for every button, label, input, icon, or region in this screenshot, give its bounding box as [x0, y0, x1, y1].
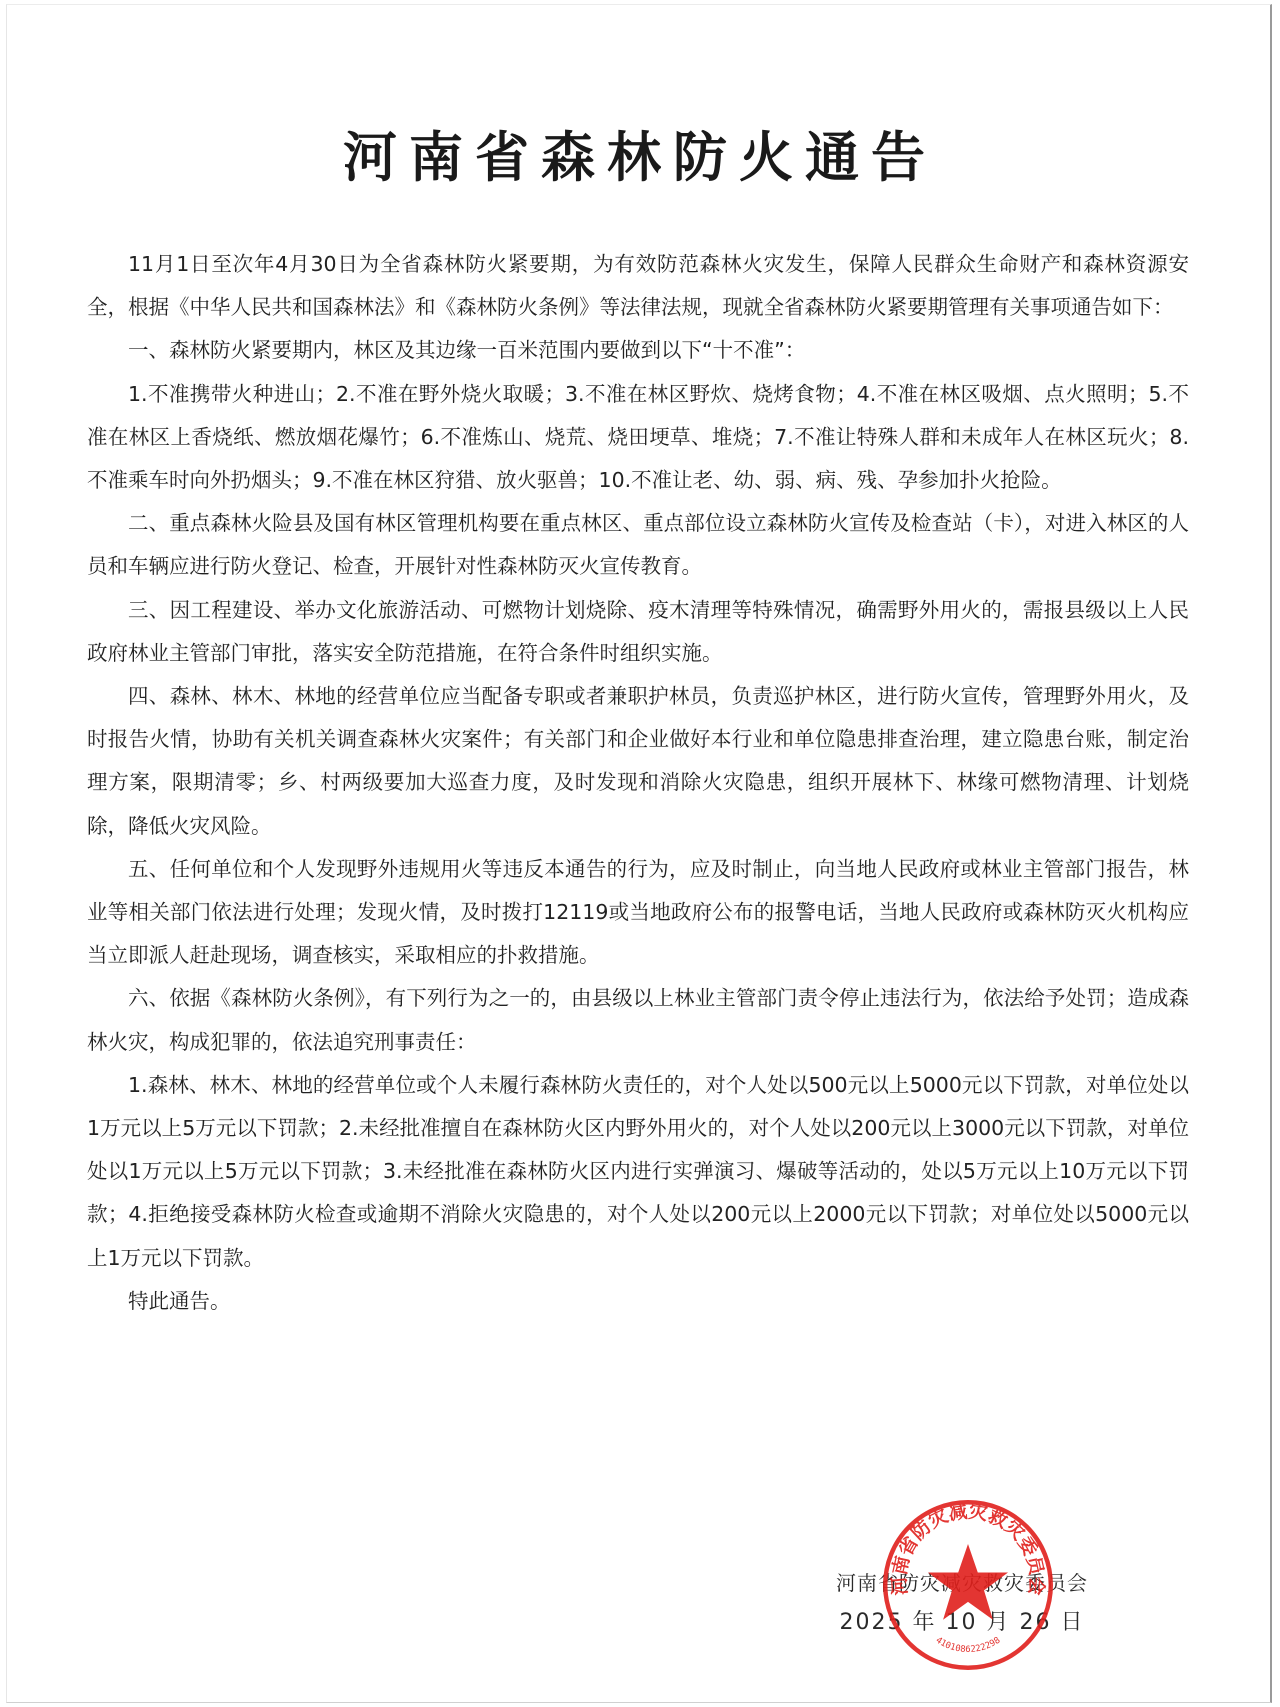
section-1-rules: 1.不准携带火种进山；2.不准在野外烧火取暖；3.不准在林区野炊、烧烤食物；4.…	[87, 373, 1189, 503]
section-6-heading: 六、依据《森林防火条例》，有下列行为之一的，由县级以上林业主管部门责令停止违法行…	[87, 977, 1189, 1063]
section-4-paragraph: 四、森林、林木、林地的经营单位应当配备专职或者兼职护林员，负责巡护林区，进行防火…	[87, 675, 1189, 848]
section-2-paragraph: 二、重点森林火险县及国有林区管理机构要在重点林区、重点部位设立森林防火宣传及检查…	[87, 502, 1189, 588]
svg-text:4101086222298: 4101086222298	[934, 1636, 1003, 1655]
section-5-paragraph: 五、任何单位和个人发现野外违规用火等违反本通告的行为，应及时制止，向当地人民政府…	[87, 848, 1189, 978]
section-1-heading: 一、森林防火紧要期内，林区及其边缘一百米范围内要做到以下“十不准”：	[87, 329, 1189, 372]
document-page: 河南省森林防火通告 11月1日至次年4月30日为全省森林防火紧要期，为有效防范森…	[6, 4, 1272, 1703]
document-title: 河南省森林防火通告	[7, 127, 1273, 187]
intro-paragraph: 11月1日至次年4月30日为全省森林防火紧要期，为有效防范森林火灾发生，保障人民…	[87, 243, 1189, 329]
section-6-penalties: 1.森林、林木、林地的经营单位或个人未履行森林防火责任的，对个人处以500元以上…	[87, 1064, 1189, 1280]
document-body: 11月1日至次年4月30日为全省森林防火紧要期，为有效防范森林火灾发生，保障人民…	[87, 243, 1189, 1323]
official-seal-icon: 河南省防灾减灾救灾委员会 4101086222298	[879, 1496, 1057, 1674]
section-3-paragraph: 三、因工程建设、举办文化旅游活动、可燃物计划烧除、疫木清理等特殊情况，确需野外用…	[87, 589, 1189, 675]
closing-statement: 特此通告。	[87, 1280, 1189, 1323]
